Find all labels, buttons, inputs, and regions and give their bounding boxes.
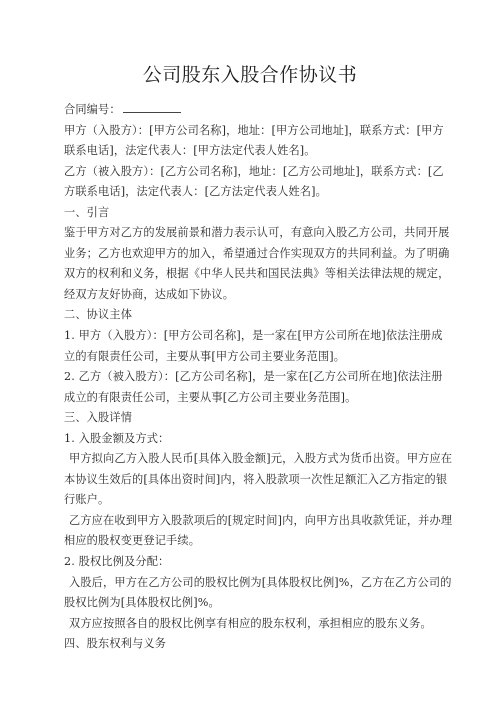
document-title: 公司股东入股合作协议书 <box>0 62 500 88</box>
intro-paragraph-line: 鉴于甲方对乙方的发展前景和潜力表示认可，有意向入股乙方公司，共同开展 <box>64 223 439 244</box>
equity-paragraph-line: 股权比例为[具体股权比例]%。 <box>64 593 439 614</box>
party-a-clause-line: 1. 甲方（入股方）：[甲方公司名称]，是一家在[甲方公司所在地]依法注册成 <box>64 326 439 347</box>
document-page: 公司股东入股合作协议书 合同编号： 甲方（入股方）：[甲方公司名称]，地址：[甲… <box>0 0 500 707</box>
rights-obligations-line: 双方应按照各自的股权比例享有相应的股东权利，承担相应的股东义务。 <box>64 614 439 635</box>
registration-paragraph-line: 乙方应在收到甲方入股款项后的[规定时间]内，向甲方出具收款凭证，并办理 <box>64 511 439 532</box>
section-heading-parties: 二、协议主体 <box>64 305 439 326</box>
section-heading-intro: 一、引言 <box>64 203 439 224</box>
party-b-clause-line: 2. 乙方（被入股方）：[乙方公司名称]，是一家在[乙方公司所在地]依法注册 <box>64 367 439 388</box>
contract-number-blank[interactable] <box>123 102 181 113</box>
document-body: 合同编号： 甲方（入股方）：[甲方公司名称]，地址：[甲方公司地址]，联系方式：… <box>64 100 439 655</box>
intro-paragraph-line: 经双方友好协商，达成如下协议。 <box>64 285 439 306</box>
section-heading-rights: 四、股东权利与义务 <box>64 634 439 655</box>
intro-paragraph-line: 业务；乙方也欢迎甲方的加入，希望通过合作实现双方的共同利益。为了明确 <box>64 244 439 265</box>
amount-paragraph-line: 甲方拟向乙方入股人民币[具体入股金额]元，入股方式为货币出资。甲方应在 <box>64 449 439 470</box>
amount-paragraph-line: 本协议生效后的[具体出资时间]内，将入股款项一次性足额汇入乙方指定的银 <box>64 470 439 491</box>
section-heading-investment: 三、入股详情 <box>64 408 439 429</box>
contract-number-label: 合同编号： <box>64 103 121 116</box>
contract-number-row: 合同编号： <box>64 100 439 121</box>
party-b-line-1: 乙方（被入股方）：[乙方公司名称]，地址：[乙方公司地址]，联系方式：[乙 <box>64 162 439 183</box>
party-b-line-2: 方联系电话]，法定代表人：[乙方法定代表人姓名]。 <box>64 182 439 203</box>
amount-paragraph-line: 行账户。 <box>64 490 439 511</box>
party-a-line-2: 联系电话]，法定代表人：[甲方法定代表人姓名]。 <box>64 141 439 162</box>
intro-paragraph-line: 双方的权利和义务，根据《中华人民共和国民法典》等相关法律法规的规定， <box>64 264 439 285</box>
party-a-line-1: 甲方（入股方）：[甲方公司名称]，地址：[甲方公司地址]，联系方式：[甲方 <box>64 121 439 142</box>
party-b-clause-line: 成立的有限责任公司，主要从事[乙方公司主要业务范围]。 <box>64 388 439 409</box>
party-a-clause-line: 立的有限责任公司，主要从事[甲方公司主要业务范围]。 <box>64 347 439 368</box>
subheading-equity-ratio: 2. 股权比例及分配： <box>64 552 439 573</box>
subheading-amount-method: 1. 入股金额及方式： <box>64 429 439 450</box>
equity-paragraph-line: 入股后，甲方在乙方公司的股权比例为[具体股权比例]%，乙方在乙方公司的 <box>64 573 439 594</box>
registration-paragraph-line: 相应的股权变更登记手续。 <box>64 531 439 552</box>
